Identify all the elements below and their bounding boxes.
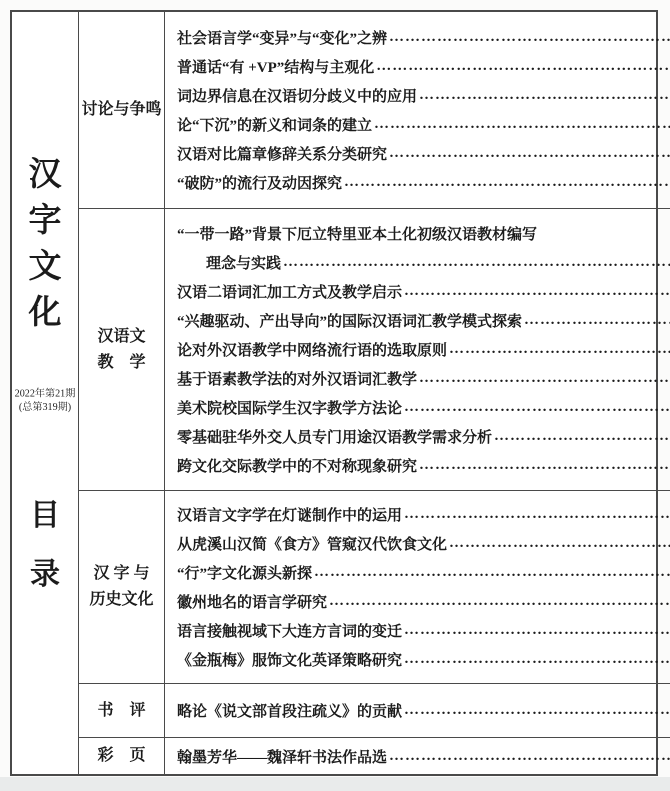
dot-leader [419, 457, 670, 474]
vertical-char: 录 [30, 545, 60, 604]
articles-cell: 翰墨芳华——魏泽轩书法作品选彩一、彩二、彩三、彩四 [165, 738, 670, 774]
article-title: 徽州地名的语言学研究 [177, 591, 327, 612]
section-label-line: 汉语文 [97, 324, 145, 350]
dot-leader [389, 145, 670, 162]
article-title: 理念与实践 [206, 252, 281, 273]
article-title: 美术院校国际学生汉字教学方法论 [177, 397, 402, 418]
section-label-line: 教 学 [97, 350, 145, 376]
section-row: 讨论与争鸣社会语言学“变异”与“变化”之辨周 敏(98)普通话“有 +VP”结构… [79, 12, 670, 208]
issue-total: (总第319期) [15, 401, 76, 415]
article-title: “兴趣驱动、产出导向”的国际汉语词汇教学模式探索 [177, 310, 522, 331]
issue-info: 2022年第21期 (总第319期) [15, 387, 76, 415]
article-row: 基于语素教学法的对外汉语词汇教学田诗园(142) [177, 364, 670, 393]
dot-leader [376, 58, 670, 75]
article-row: 零基础驻华外交人员专门用途汉语教学需求分析孙悦然(152) [177, 422, 670, 451]
section-label: 书 评 [79, 684, 165, 737]
dot-leader [404, 399, 670, 416]
dot-leader [329, 593, 670, 610]
dot-leader [524, 312, 670, 329]
section-label-line: 讨论与争鸣 [81, 97, 161, 123]
section-label-line: 汉 字 与 [93, 561, 149, 587]
article-title: 《金瓶梅》服饰文化英译策略研究 [177, 649, 402, 670]
article-title: 语言接触视域下大连方言词的变迁 [177, 620, 402, 641]
article-row: 美术院校国际学生汉字教学方法论莫纬纬(146) [177, 393, 670, 422]
article-title: 论对外汉语教学中网络流行语的选取原则 [177, 339, 447, 360]
article-row: 社会语言学“变异”与“变化”之辨周 敏(98) [177, 23, 670, 52]
article-title: 基于语素教学法的对外汉语词汇教学 [177, 368, 417, 389]
section-row: 书 评略论《说文部首段注疏义》的贡献冯 蒸 黄耀明(196) [79, 683, 670, 737]
article-row: “兴趣驱动、产出导向”的国际汉语词汇教学模式探索余晨月(129) [177, 306, 670, 335]
article-row: 汉语二语词汇加工方式及教学启示刘燕君(126) [177, 277, 670, 306]
section-label: 汉 字 与历史文化 [79, 491, 165, 683]
contents-label: 目录 [30, 486, 60, 604]
dot-leader [449, 535, 670, 552]
section-row: 彩 页翰墨芳华——魏泽轩书法作品选彩一、彩二、彩三、彩四 [79, 737, 670, 774]
dot-leader [404, 702, 670, 719]
dot-leader [404, 622, 670, 639]
articles-cell: 汉语言文字学在灯谜制作中的运用蒋煜锴 刘兴均(162)从虎溪山汉简《食方》管窥汉… [165, 491, 670, 683]
section-label-line: 彩 页 [97, 743, 145, 769]
section-row: 汉语文教 学“一带一路”背景下厄立特里亚本土化初级汉语教材编写理念与实践刘 权(… [79, 208, 670, 490]
dot-leader [449, 341, 670, 358]
article-row: 翰墨芳华——魏泽轩书法作品选彩一、彩二、彩三、彩四 [177, 742, 670, 771]
article-title: 汉语言文字学在灯谜制作中的运用 [177, 504, 402, 525]
section-label-line: 书 评 [97, 698, 145, 724]
article-row: 论对外汉语教学中网络流行语的选取原则祝玮湖 李治平(137) [177, 335, 670, 364]
article-row: 语言接触视域下大连方言词的变迁韩 柏(187) [177, 616, 670, 645]
section-label: 讨论与争鸣 [79, 12, 165, 208]
article-row: 跨文化交际教学中的不对称现象研究张少云 袁 海 李 超(157) [177, 451, 670, 480]
articles-cell: 社会语言学“变异”与“变化”之辨周 敏(98)普通话“有 +VP”结构与主观化郭… [165, 12, 670, 208]
vertical-char: 汉 [29, 152, 62, 198]
dot-leader [404, 283, 670, 300]
article-title: 社会语言学“变异”与“变化”之辨 [177, 27, 387, 48]
page-bottom-shade [0, 777, 670, 791]
article-row: 词边界信息在汉语切分歧义中的应用宋 悦(105) [177, 81, 670, 110]
dot-leader [419, 370, 670, 387]
contents-table: 汉字文化 2022年第21期 (总第319期) 目录 讨论与争鸣社会语言学“变异… [10, 10, 658, 776]
article-row: 汉语对比篇章修辞关系分类研究钱品竹 饶 萍(113) [177, 139, 670, 168]
article-row: 论“下沉”的新义和词条的建立崔新颖 李燕凌(109) [177, 110, 670, 139]
sections-grid: 讨论与争鸣社会语言学“变异”与“变化”之辨周 敏(98)普通话“有 +VP”结构… [79, 12, 670, 774]
section-label: 彩 页 [79, 738, 165, 774]
article-title: “一带一路”背景下厄立特里亚本土化初级汉语教材编写 [177, 223, 537, 244]
dot-leader [419, 87, 670, 104]
dot-leader [374, 116, 670, 133]
section-label: 汉语文教 学 [79, 209, 165, 490]
article-row: 徽州地名的语言学研究龙雨辰(183) [177, 587, 670, 616]
article-title: 汉语对比篇章修辞关系分类研究 [177, 143, 387, 164]
articles-cell: 略论《说文部首段注疏义》的贡献冯 蒸 黄耀明(196) [165, 684, 670, 737]
dot-leader [389, 748, 670, 765]
article-title: 从虎溪山汉简《食方》管窥汉代饮食文化 [177, 533, 447, 554]
article-row: 普通话“有 +VP”结构与主观化郭 威(102) [177, 52, 670, 81]
dot-leader [283, 254, 670, 271]
article-title: 跨文化交际教学中的不对称现象研究 [177, 455, 417, 476]
article-row: “行”字文化源头新探孟 涛(175) [177, 558, 670, 587]
articles-cell: “一带一路”背景下厄立特里亚本土化初级汉语教材编写理念与实践刘 权(121)汉语… [165, 209, 670, 490]
article-title: 普通话“有 +VP”结构与主观化 [177, 56, 374, 77]
dot-leader [494, 428, 670, 445]
article-row: 从虎溪山汉简《食方》管窥汉代饮食文化胡 绮(168) [177, 529, 670, 558]
article-title: “行”字文化源头新探 [177, 562, 312, 583]
vertical-char: 文 [29, 244, 62, 290]
vertical-char: 字 [29, 198, 62, 244]
article-title: 零基础驻华外交人员专门用途汉语教学需求分析 [177, 426, 492, 447]
article-title: 词边界信息在汉语切分歧义中的应用 [177, 85, 417, 106]
article-title: 汉语二语词汇加工方式及教学启示 [177, 281, 402, 302]
article-title: “破防”的流行及动因探究 [177, 172, 342, 193]
dot-leader [404, 651, 670, 668]
journal-title: 汉字文化 [29, 152, 62, 336]
section-label-line: 历史文化 [89, 587, 153, 613]
dot-leader [344, 174, 670, 191]
vertical-char: 目 [30, 486, 60, 545]
dot-leader [314, 564, 670, 581]
dot-leader [389, 29, 670, 46]
article-row: “破防”的流行及动因探究孙 欣(118) [177, 168, 670, 197]
article-row: “一带一路”背景下厄立特里亚本土化初级汉语教材编写 [177, 219, 670, 248]
vertical-char: 化 [29, 290, 62, 336]
article-row: 汉语言文字学在灯谜制作中的运用蒋煜锴 刘兴均(162) [177, 500, 670, 529]
article-row: 《金瓶梅》服饰文化英译策略研究李 燕 李思龙(193) [177, 645, 670, 674]
dot-leader [404, 506, 670, 523]
section-row: 汉 字 与历史文化汉语言文字学在灯谜制作中的运用蒋煜锴 刘兴均(162)从虎溪山… [79, 490, 670, 683]
issue-number: 2022年第21期 [15, 387, 76, 401]
article-row-continued: 理念与实践刘 权(121) [177, 248, 670, 277]
journal-sidebar: 汉字文化 2022年第21期 (总第319期) 目录 [12, 12, 79, 774]
article-title: 略论《说文部首段注疏义》的贡献 [177, 700, 402, 721]
article-title: 论“下沉”的新义和词条的建立 [177, 114, 372, 135]
article-title: 翰墨芳华——魏泽轩书法作品选 [177, 746, 387, 767]
article-row: 略论《说文部首段注疏义》的贡献冯 蒸 黄耀明(196) [177, 696, 670, 725]
